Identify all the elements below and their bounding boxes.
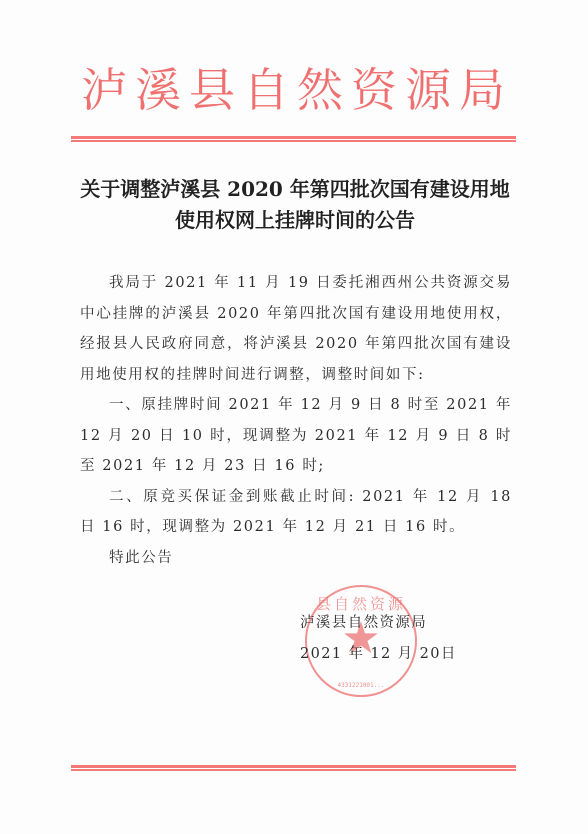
title-line-2: 使用权网上挂牌时间的公告 xyxy=(60,205,530,236)
item-two-paragraph: 二、原竞买保证金到账截止时间: 2021 年 12 月 18 日 16 时，现调… xyxy=(80,482,512,543)
seal-code: 4331221001... xyxy=(307,682,415,689)
document-body: 我局于 2021 年 11 月 19 日委托湘西州公共资源交易中心挂牌的泸溪县 … xyxy=(80,268,512,573)
title-line-1: 关于调整泸溪县 2020 年第四批次国有建设用地 xyxy=(60,174,530,205)
item-one-paragraph: 一、原挂牌时间 2021 年 12 月 9 日 8 时至 2021 年 12 月… xyxy=(80,390,512,482)
signature-org: 泸溪县自然资源局 xyxy=(300,608,470,639)
letterhead-divider xyxy=(71,136,516,142)
closing-paragraph: 特此公告 xyxy=(80,543,512,574)
divider-thin-line xyxy=(71,140,516,142)
letterhead-org-name: 泸溪县自然资源局 xyxy=(0,60,588,120)
footer-divider xyxy=(71,765,516,771)
signature-date: 2021 年 12 月 20日 xyxy=(300,639,470,670)
intro-paragraph: 我局于 2021 年 11 月 19 日委托湘西州公共资源交易中心挂牌的泸溪县 … xyxy=(80,268,512,390)
signature-block: 泸溪县自然资源局 2021 年 12 月 20日 xyxy=(300,608,470,670)
footer-divider-thin-line xyxy=(71,769,516,771)
document-title: 关于调整泸溪县 2020 年第四批次国有建设用地 使用权网上挂牌时间的公告 xyxy=(60,174,530,236)
